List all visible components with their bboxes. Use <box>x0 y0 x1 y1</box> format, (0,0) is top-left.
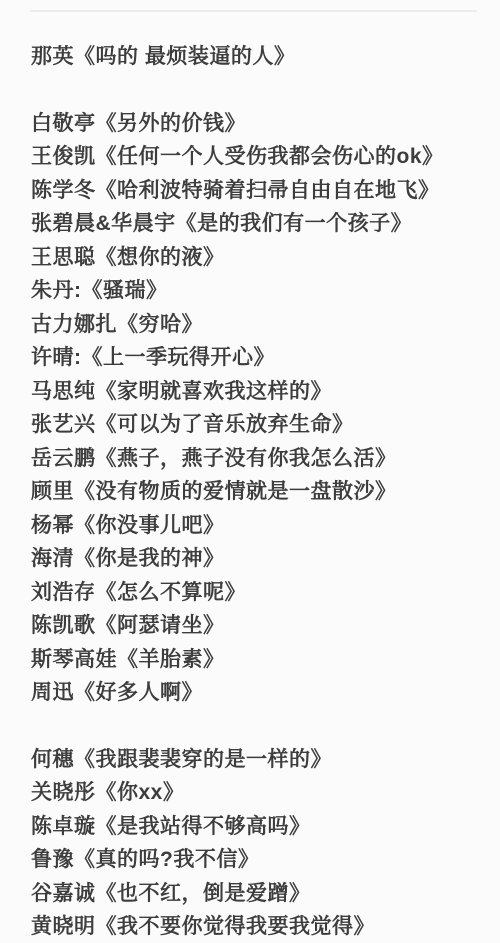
quote-line: 张艺兴《可以为了音乐放弃生命》 <box>31 408 484 442</box>
quote-line: 刘浩存《怎么不算呢》 <box>31 576 484 610</box>
quote-line: 杨幂《你没事儿吧》 <box>31 509 484 543</box>
top-divider <box>30 10 477 12</box>
quote-line: 关晓彤《你xx》 <box>31 776 484 810</box>
quote-line: 何穗《我跟裴裴穿的是一样的》 <box>31 743 484 777</box>
quote-line: 张碧晨&华晨宇《是的我们有一个孩子》 <box>31 207 484 241</box>
quote-line: 许晴:《上一季玩得开心》 <box>31 341 484 375</box>
quote-section: 何穗《我跟裴裴穿的是一样的》关晓彤《你xx》陈卓璇《是我站得不够高吗》鲁豫《真的… <box>31 743 484 943</box>
quote-line: 马思纯《家明就喜欢我这样的》 <box>31 375 484 409</box>
quote-list: 那英《吗的 最烦装逼的人》白敬亭《另外的价钱》王俊凯《任何一个人受伤我都会伤心的… <box>0 0 500 943</box>
page: 那英《吗的 最烦装逼的人》白敬亭《另外的价钱》王俊凯《任何一个人受伤我都会伤心的… <box>0 0 500 943</box>
quote-line: 黄晓明《我不要你觉得我要我觉得》 <box>31 910 484 943</box>
quote-section: 白敬亭《另外的价钱》王俊凯《任何一个人受伤我都会伤心的ok》陈学冬《哈利波特骑着… <box>31 107 484 710</box>
quote-line: 那英《吗的 最烦装逼的人》 <box>31 40 484 74</box>
quote-line: 白敬亭《另外的价钱》 <box>31 107 484 141</box>
quote-line: 王思聪《想你的液》 <box>31 241 484 275</box>
quote-line: 岳云鹏《燕子，燕子没有你我怎么活》 <box>31 442 484 476</box>
quote-line: 顾里《没有物质的爱情就是一盘散沙》 <box>31 475 484 509</box>
quote-line: 朱丹:《骚瑞》 <box>31 274 484 308</box>
quote-line: 谷嘉诚《也不红，倒是爱蹭》 <box>31 877 484 911</box>
quote-line: 王俊凯《任何一个人受伤我都会伤心的ok》 <box>31 140 484 174</box>
quote-line: 古力娜扎《穷哈》 <box>31 308 484 342</box>
quote-line: 斯琴高娃《羊胎素》 <box>31 643 484 677</box>
quote-line: 陈卓璇《是我站得不够高吗》 <box>31 810 484 844</box>
quote-section: 那英《吗的 最烦装逼的人》 <box>31 40 484 74</box>
quote-line: 陈凯歌《阿瑟请坐》 <box>31 609 484 643</box>
quote-line: 鲁豫《真的吗?我不信》 <box>31 843 484 877</box>
quote-line: 陈学冬《哈利波特骑着扫帚自由自在地飞》 <box>31 174 484 208</box>
quote-line: 周迅《好多人啊》 <box>31 676 484 710</box>
quote-line: 海清《你是我的神》 <box>31 542 484 576</box>
